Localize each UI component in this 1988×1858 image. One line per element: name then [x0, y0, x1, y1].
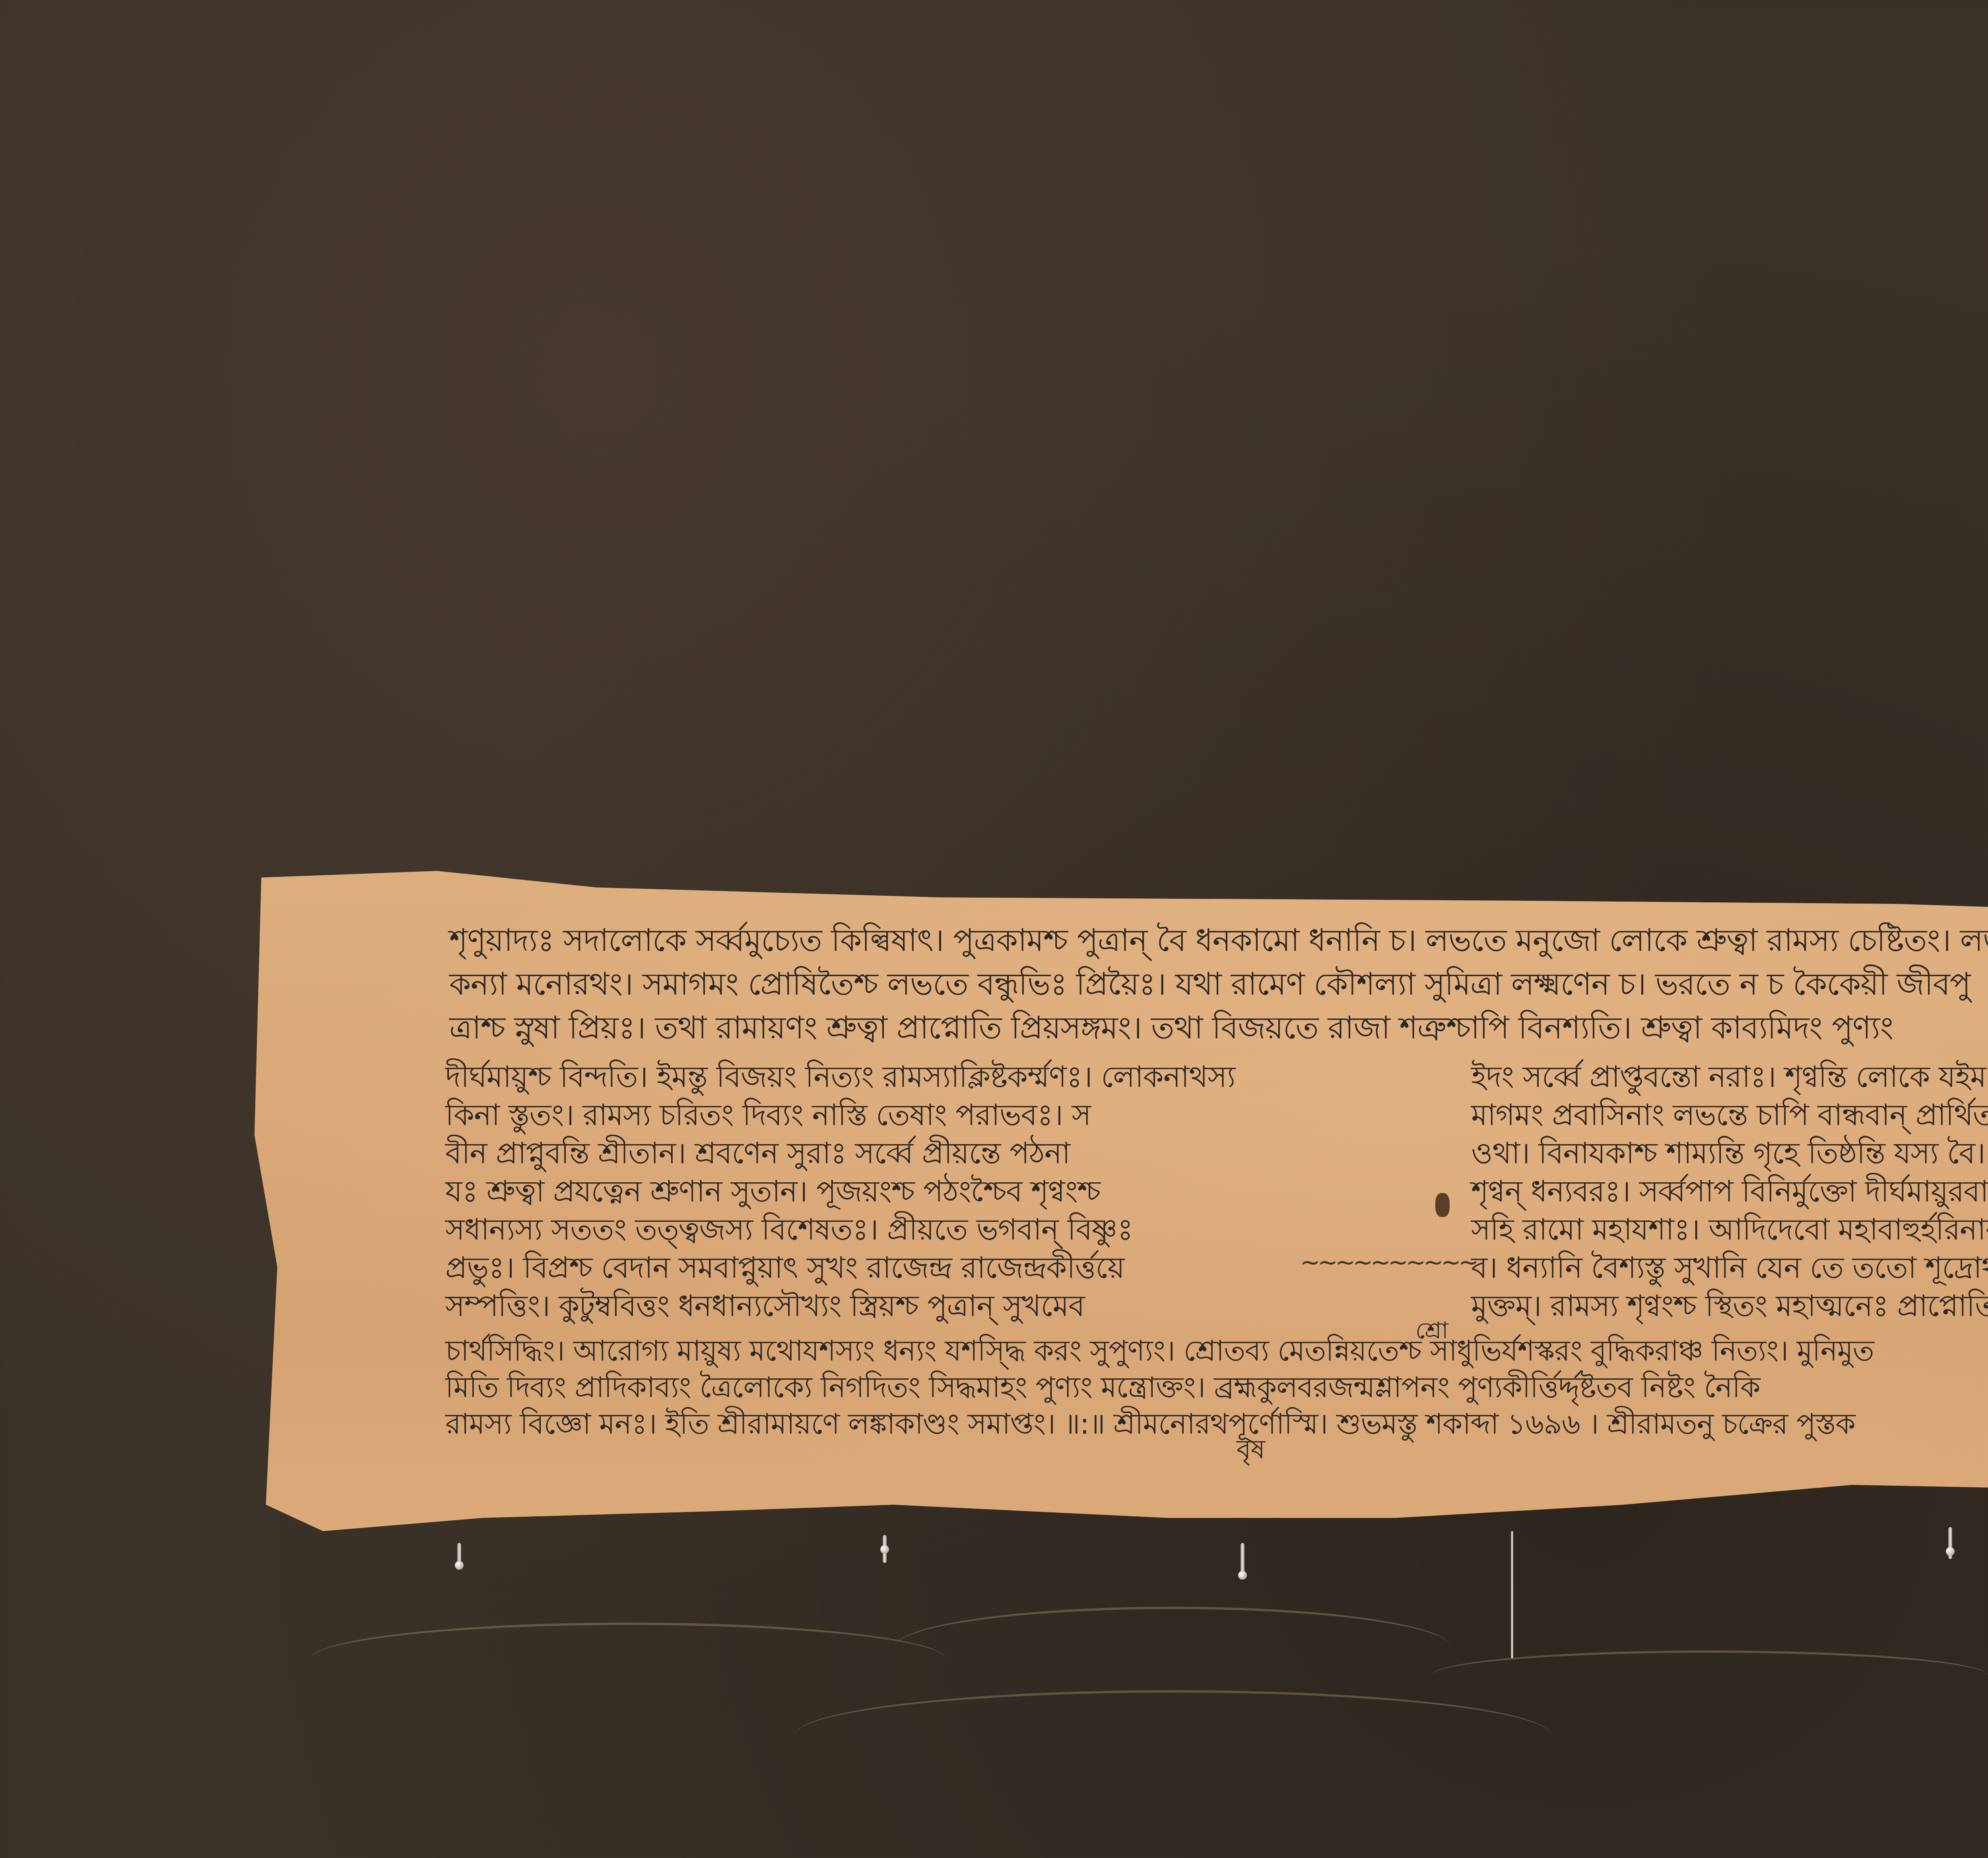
- text-line: সধান্যস্য সততং তত্ত্বজস্য বিশেষতঃ। প্রীয…: [445, 1211, 1235, 1249]
- pin-head: [1946, 1547, 1955, 1556]
- text-line: ব। ধন্যানি বৈশ্যস্তু সুখানি যেন তে ততো শ…: [1471, 1249, 1988, 1287]
- manuscript-top-block: শৃণুয়াদ্যঃ সদালোকে সর্ব্বমুচ্যেত কিল্বি…: [449, 919, 1988, 1050]
- text-line: শৃণ্বন্ ধন্যবরঃ। সর্ব্বপাপ বিনির্মুক্তো …: [1471, 1172, 1988, 1211]
- board-crease: [895, 1607, 1451, 1689]
- board-crease: [795, 1690, 1551, 1780]
- mounting-pin-long: [1511, 1531, 1513, 1658]
- text-line: সহি রামো মহাযশাঃ। আদিদেবো মহাবাহুর্হরিনা…: [1471, 1211, 1988, 1249]
- text-line: কন্যা মনোরথং। সমাগমং প্রোষিতৈশ্চ লভতে বন…: [449, 962, 1988, 1006]
- text-line: মিতি দিব্যং প্রাদিকাব্যং ত্রৈলোক্যে নিগদ…: [445, 1369, 1874, 1405]
- text-line: শৃণুয়াদ্যঃ সদালোকে সর্ব্বমুচ্যেত কিল্বি…: [449, 919, 1988, 962]
- text-line: কিনা স্তুতং। রামস্য চরিতং দিব্যং নাস্তি …: [445, 1096, 1235, 1134]
- text-line: ওথা। বিনাযকাশ্চ শাম্যন্তি গৃহে তিষ্ঠন্তি…: [1471, 1134, 1988, 1172]
- wavy-filler-mark: ~~~~~~~~~~: [1300, 1249, 1476, 1277]
- text-line: বীন প্রাপ্নুবন্তি শ্রীতান। শ্রবণেন সুরাঃ…: [445, 1134, 1235, 1172]
- text-line: ইদং সর্ব্বে প্রাপ্তুবন্তো নরাঃ। শৃণ্বন্ত…: [1471, 1058, 1988, 1096]
- text-line: চার্থসিদ্ধিং। আরোগ্য মায়ুষ্য মথোযশস্যং …: [445, 1332, 1874, 1369]
- text-line: মুক্তম্। রামস্য শৃণ্বংশ্চ স্থিতং মহাত্মন…: [1471, 1287, 1988, 1325]
- pin-head: [1238, 1571, 1247, 1580]
- text-line: ত্রাশ্চ স্নুষা প্রিয়ঃ। তথা রামায়ণং শ্র…: [449, 1006, 1988, 1050]
- text-line: মাগমং প্রবাসিনাং লভন্তে চাপি বান্ধবান্ প…: [1471, 1096, 1988, 1134]
- pin-head: [880, 1545, 889, 1554]
- manuscript-right-column: ইদং সর্ব্বে প্রাপ্তুবন্তো নরাঃ। শৃণ্বন্ত…: [1471, 1058, 1988, 1325]
- text-line: প্রভুঃ। বিপ্রশ্চ বেদান সমবাপ্নুয়াৎ সুখং…: [445, 1249, 1235, 1287]
- text-line: রামস্য বিজ্ঞো মনঃ। ইতি শ্রীরামায়ণে লঙ্ক…: [445, 1405, 1874, 1442]
- text-line: দীর্ঘমায়ুশ্চ বিন্দতি। ইমন্তু বিজয়ং নিত…: [445, 1058, 1235, 1096]
- manuscript-left-column: দীর্ঘমায়ুশ্চ বিন্দতি। ইমন্তু বিজয়ং নিত…: [445, 1058, 1235, 1325]
- pin-head: [455, 1561, 464, 1570]
- manuscript-colophon: চার্থসিদ্ধিং। আরোগ্য মায়ুষ্য মথোযশস্যং …: [445, 1332, 1874, 1442]
- board-crease: [310, 1623, 946, 1697]
- bottom-mark-left: বৃষ: [1237, 1428, 1265, 1471]
- board-crease: [1431, 1650, 1988, 1701]
- text-line: সম্পত্তিং। কুটুম্ববিত্তং ধনধান্যসৌখ্যং স…: [445, 1287, 1235, 1325]
- text-line: যঃ শ্রুত্বা প্রযত্নেন শ্রুণান সুতান। পূজ…: [445, 1172, 1235, 1211]
- ink-blot: [1435, 1193, 1450, 1217]
